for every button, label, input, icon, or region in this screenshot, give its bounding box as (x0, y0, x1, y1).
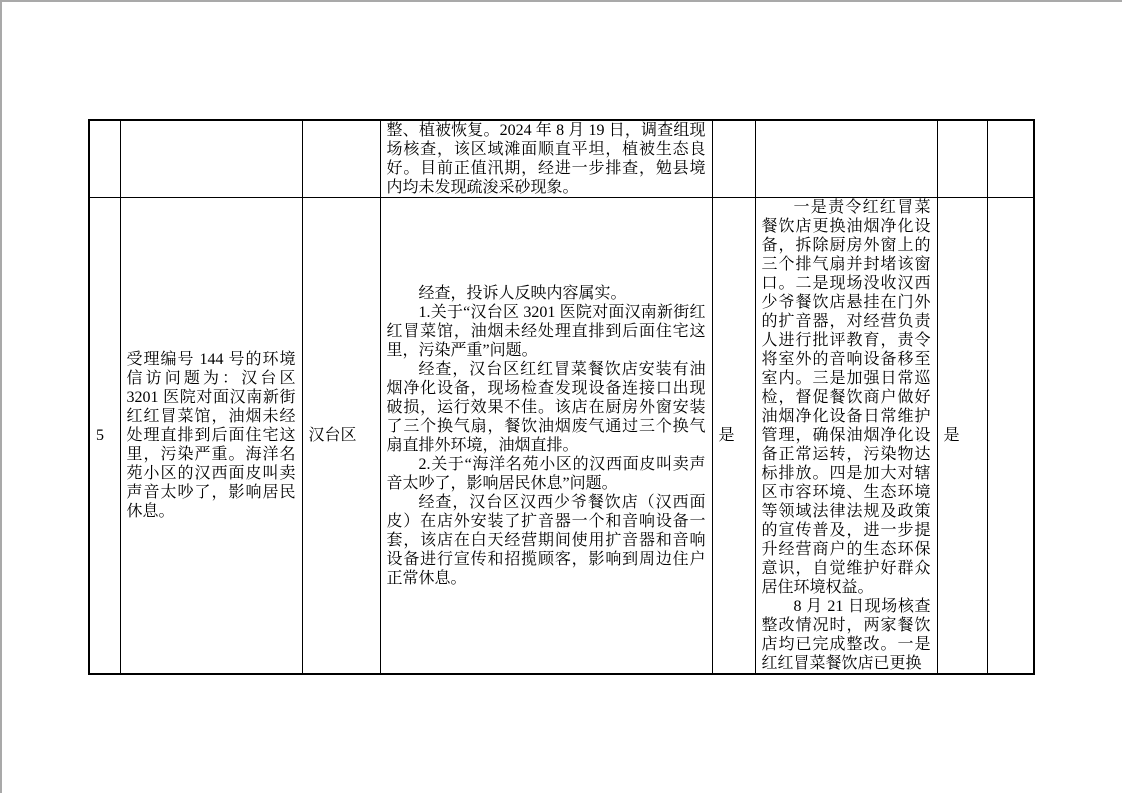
investigation-paragraph-3: 经查，汉台区红红冒菜餐饮店安装有油烟净化设备，现场检查发现设备连接口出现破损，运… (387, 360, 706, 455)
investigation-paragraph-2: 1.关于“汉台区 3201 医院对面汉南新街红红冒菜馆，油烟未经处理直排到后面住… (387, 303, 706, 360)
cell-verified-flag: 是 (712, 198, 755, 675)
cell-extra-empty (987, 120, 1034, 198)
cell-extra-blank (987, 198, 1034, 675)
investigation-paragraph-5: 经查，汉台区汉西少爷餐饮店（汉西面皮）在店外安装了扩音器一个和音响设备一套，该店… (387, 493, 706, 588)
page-left-edge (0, 0, 2, 793)
complaint-report-table: 整、植被恢复。2024 年 8 月 19 日，调查组现场核查，该区域滩面顺直平坦… (88, 119, 1035, 675)
document-page: 整、植被恢复。2024 年 8 月 19 日，调查组现场核查，该区域滩面顺直平坦… (0, 0, 1122, 793)
cell-district-empty (302, 120, 380, 198)
cell-serial-empty (89, 120, 120, 198)
cell-resolved-empty (937, 120, 987, 198)
investigation-paragraph-4: 2.关于“海洋名苑小区的汉西面皮叫卖声音太吵了，影响居民休息”问题。 (387, 455, 706, 493)
cell-investigation-continued: 整、植被恢复。2024 年 8 月 19 日，调查组现场核查，该区域滩面顺直平坦… (380, 120, 712, 198)
investigation-continued-text: 整、植被恢复。2024 年 8 月 19 日，调查组现场核查，该区域滩面顺直平坦… (387, 121, 706, 197)
cell-verified-empty (712, 120, 755, 198)
cell-resolved-flag: 是 (937, 198, 987, 675)
cell-district: 汉台区 (302, 198, 380, 675)
investigation-paragraph-1: 经查，投诉人反映内容属实。 (387, 284, 706, 303)
cell-measures-empty (755, 120, 937, 198)
cell-investigation-result: 经查，投诉人反映内容属实。 1.关于“汉台区 3201 医院对面汉南新街红红冒菜… (380, 198, 712, 675)
case-row-5: 5 受理编号 144 号的环境信访问题为：汉台区 3201 医院对面汉南新街红红… (89, 198, 1034, 675)
measures-paragraph-1: 一是责令红红冒菜餐饮店更换油烟净化设备，拆除厨房外窗上的三个排气扇并封堵该窗口。… (762, 198, 931, 597)
complaint-description-text: 受理编号 144 号的环境信访问题为：汉台区 3201 医院对面汉南新街红红冒菜… (127, 350, 296, 521)
cell-serial-number: 5 (89, 198, 120, 675)
continuation-row: 整、植被恢复。2024 年 8 月 19 日，调查组现场核查，该区域滩面顺直平坦… (89, 120, 1034, 198)
page-top-edge (0, 0, 1122, 2)
cell-complaint-description: 受理编号 144 号的环境信访问题为：汉台区 3201 医院对面汉南新街红红冒菜… (120, 198, 302, 675)
measures-paragraph-2: 8 月 21 日现场核查整改情况时，两家餐饮店均已完成整改。一是红红冒菜餐饮店已… (762, 597, 931, 673)
cell-complaint-empty (120, 120, 302, 198)
cell-handling-measures: 一是责令红红冒菜餐饮店更换油烟净化设备，拆除厨房外窗上的三个排气扇并封堵该窗口。… (755, 198, 937, 675)
